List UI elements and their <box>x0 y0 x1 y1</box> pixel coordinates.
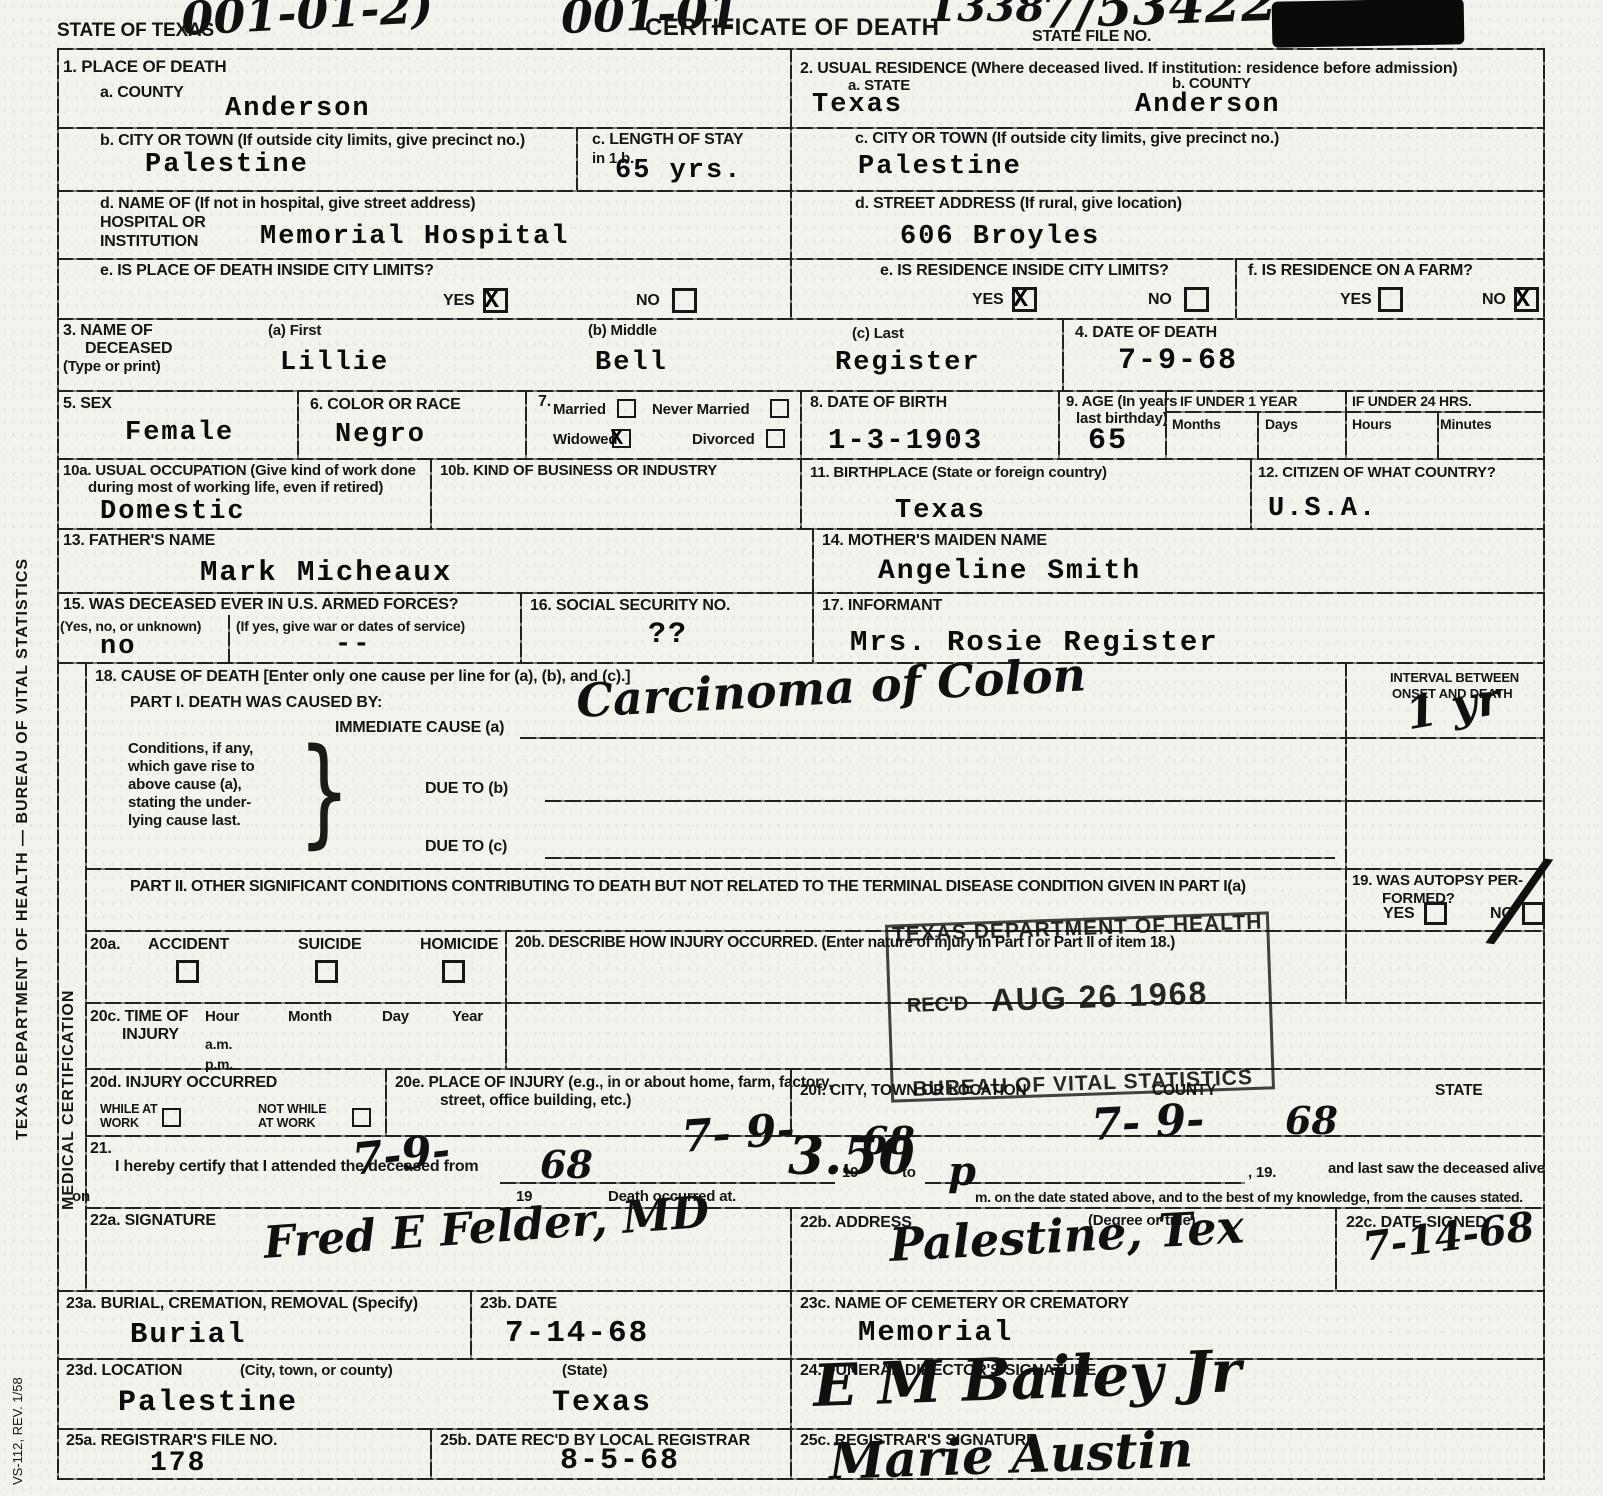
item1-label: 1. PLACE OF DEATH <box>63 57 226 77</box>
item2-street-label: d. STREET ADDRESS (If rural, give locati… <box>855 195 1182 213</box>
item1-hospital-label2: HOSPITAL OR <box>100 214 206 232</box>
grid-line <box>1345 662 1347 1002</box>
grid-line <box>228 615 230 662</box>
item20a-homicide-checkbox <box>442 960 465 983</box>
item1-city-label: b. CITY OR TOWN (If outside city limits,… <box>100 132 525 150</box>
item5-label: 5. SEX <box>63 395 112 413</box>
item2-farm-no-label: NO <box>1482 291 1506 309</box>
item2-state-value: Texas <box>812 90 903 120</box>
item15-value2: -- <box>335 630 371 660</box>
item23d-sub2-label: (State) <box>562 1362 607 1379</box>
grid-line <box>430 1428 432 1478</box>
grid-line <box>85 930 1545 932</box>
item18-part2-label: PART II. OTHER SIGNIFICANT CONDITIONS CO… <box>130 878 1246 896</box>
item3-last-value: Register <box>835 348 981 378</box>
grid-line <box>1335 1207 1337 1290</box>
cause-a-underline <box>520 737 1545 739</box>
item23d-sub1-label: (City, town, or county) <box>240 1362 393 1379</box>
item19-label1: 19. WAS AUTOPSY PER- <box>1352 872 1523 889</box>
cause-b-underline <box>545 800 1545 802</box>
item1-no-checkbox <box>672 288 697 313</box>
stamp-recd-label: REC'D <box>906 993 968 1018</box>
item1-county-value: Anderson <box>225 94 371 124</box>
item9-under1-label: IF UNDER 1 YEAR <box>1180 393 1297 409</box>
item18-cond5: lying cause last. <box>128 812 240 829</box>
grid-line <box>1058 390 1060 458</box>
item21-to-handwriting: 7- 9- <box>1090 1094 1206 1151</box>
item7-label: 7. <box>538 393 551 411</box>
item11-value: Texas <box>895 496 986 526</box>
grid-line <box>57 528 1545 530</box>
grid-line <box>57 127 1545 129</box>
grid-line <box>57 1478 1545 1480</box>
item8-value: 1-3-1903 <box>828 424 983 457</box>
grid-line <box>790 1290 792 1358</box>
grid-line <box>505 930 507 1068</box>
item1-hospital-label3: INSTITUTION <box>100 233 198 251</box>
item1-yes-label: YES <box>443 292 474 310</box>
item18-part1-label: PART I. DEATH WAS CAUSED BY: <box>130 694 382 712</box>
state-of-texas-label: STATE OF TEXAS <box>57 20 214 42</box>
received-stamp: TEXAS DEPARTMENT OF HEALTH REC'D AUG 26 … <box>885 911 1275 1102</box>
grid-line <box>57 318 1545 320</box>
item23d-label: 23d. LOCATION <box>66 1362 182 1380</box>
item18-cause-handwriting: Carcinoma of Colon <box>575 647 1087 728</box>
item20d-notwhile2-label: AT WORK <box>258 1116 315 1130</box>
item22a-label: 22a. SIGNATURE <box>90 1212 216 1230</box>
header-handwritten-code-1: 001-01-2) <box>180 0 434 46</box>
item9-days-label: Days <box>1265 416 1298 432</box>
item14-value: Angeline Smith <box>878 556 1141 587</box>
item23d-state-value: Texas <box>552 1386 652 1420</box>
item10a-value: Domestic <box>100 497 246 527</box>
margin-form-number: VS-112, REV. 1/58 <box>10 1295 25 1485</box>
item23b-value: 7-14-68 <box>505 1316 649 1351</box>
grid-line <box>85 1002 1545 1004</box>
item2-limits-yes-label: YES <box>972 291 1003 309</box>
item1-hospital-label1: d. NAME OF (If not in hospital, give str… <box>100 195 475 213</box>
item20a-label: 20a. <box>90 936 120 954</box>
item8-label: 8. DATE OF BIRTH <box>810 394 947 412</box>
physician-signature: Fred E Felder, MD <box>262 1187 711 1269</box>
item7-divorced-label: Divorced <box>692 431 755 448</box>
item20d-while-checkbox <box>162 1108 181 1127</box>
item1-limits-label: e. IS PLACE OF DEATH INSIDE CITY LIMITS? <box>100 262 434 280</box>
item3-first-value: Lillie <box>280 348 389 378</box>
item25a-value: 178 <box>150 1448 206 1479</box>
grid-line <box>790 1428 792 1478</box>
item18-immediate-label: IMMEDIATE CAUSE (a) <box>335 719 504 737</box>
item5-value: Female <box>125 418 234 448</box>
item11-label: 11. BIRTHPLACE (State or foreign country… <box>810 464 1107 481</box>
grid-line <box>1250 458 1252 528</box>
item6-label: 6. COLOR OR RACE <box>310 396 461 414</box>
grid-line <box>812 528 814 592</box>
item12-label: 12. CITIZEN OF WHAT COUNTRY? <box>1258 464 1496 481</box>
item10b-label: 10b. KIND OF BUSINESS OR INDUSTRY <box>440 462 717 479</box>
item20d-label: 20d. INJURY OCCURRED <box>90 1074 277 1092</box>
grid-line <box>57 1428 1545 1430</box>
item21-yr2-label: , 19. <box>1248 1164 1276 1181</box>
item18-due-b-label: DUE TO (b) <box>425 780 508 798</box>
item7-never-married-label: Never Married <box>652 401 749 418</box>
conditions-brace: } <box>298 722 351 860</box>
item4-value: 7-9-68 <box>1118 344 1238 378</box>
registrar-signature: Marie Austin <box>828 1419 1194 1491</box>
item2-farm-yes-checkbox <box>1378 287 1403 312</box>
grid-line <box>1165 411 1545 413</box>
item21-from-handwriting: 7- 9- <box>680 1104 796 1163</box>
grid-line <box>812 592 814 662</box>
item13-value: Mark Micheaux <box>200 556 452 589</box>
item1-yes-mark: X <box>484 286 499 315</box>
item18-due-c-label: DUE TO (c) <box>425 838 507 856</box>
item2-limits-yes-mark: X <box>1013 285 1028 314</box>
item23c-label: 23c. NAME OF CEMETERY OR CREMATORY <box>800 1295 1129 1313</box>
state-file-no-label: STATE FILE NO. <box>1032 28 1151 46</box>
grid-line <box>470 1290 472 1358</box>
grid-line <box>57 258 1545 260</box>
item1-county-label: a. COUNTY <box>100 84 184 102</box>
item21-time-handwriting: 3.50 <box>788 1126 915 1187</box>
item20d-notwhile-checkbox <box>352 1108 371 1127</box>
item2-street-value: 606 Broyles <box>900 222 1100 252</box>
item21-pm-handwriting: p <box>948 1148 976 1195</box>
item23a-value: Burial <box>130 1318 246 1351</box>
item23c-value: Memorial <box>858 1316 1013 1349</box>
item7-widowed-mark: X <box>610 426 623 451</box>
item13-label: 13. FATHER'S NAME <box>63 532 215 550</box>
item2-city-value: Palestine <box>858 152 1022 182</box>
item17-label: 17. INFORMANT <box>822 597 942 615</box>
redaction-box <box>1272 0 1465 48</box>
certificate-title: CERTIFICATE OF DEATH <box>645 14 939 42</box>
item9-label1: 9. AGE (In years <box>1066 393 1177 410</box>
item9-hours-label: Hours <box>1352 416 1391 432</box>
item15-value: no <box>100 632 136 662</box>
item18-label: 18. CAUSE OF DEATH [Enter only one cause… <box>95 668 630 686</box>
grid-line <box>57 1358 1545 1360</box>
item20f-state-label: STATE <box>1435 1082 1483 1100</box>
item20c-month-label: Month <box>288 1008 332 1025</box>
item21-alive-text: and last saw the deceased alive <box>1328 1160 1545 1177</box>
item3-first-label: (a) First <box>268 322 321 339</box>
item3-middle-label: (b) Middle <box>588 322 657 339</box>
item2-farm-yes-label: YES <box>1340 291 1371 309</box>
item23a-label: 23a. BURIAL, CREMATION, REMOVAL (Specify… <box>66 1295 418 1313</box>
item1-stay-value: 65 yrs. <box>615 156 742 186</box>
grid-line <box>85 868 1545 870</box>
item21-yr2-handwriting: 68 <box>1285 1098 1338 1143</box>
item20e-label1: 20e. PLACE OF INJURY (e.g., in or about … <box>395 1074 832 1092</box>
margin-department-label: TEXAS DEPARTMENT OF HEALTH — BUREAU OF V… <box>14 250 32 1140</box>
grid-line <box>1235 258 1237 318</box>
item14-label: 14. MOTHER'S MAIDEN NAME <box>822 532 1047 550</box>
grid-line <box>57 592 1545 594</box>
grid-line <box>1345 390 1347 458</box>
item18-cond1: Conditions, if any, <box>128 740 253 757</box>
stamp-line1: TEXAS DEPARTMENT OF HEALTH <box>888 910 1267 947</box>
item20a-suicide-checkbox <box>315 960 338 983</box>
item4-label: 4. DATE OF DEATH <box>1075 324 1217 342</box>
cause-c-underline <box>545 857 1335 859</box>
grid-line <box>1062 318 1064 390</box>
item20c-am-label: a.m. <box>205 1036 232 1052</box>
item3-middle-value: Bell <box>595 348 668 378</box>
grid-line <box>85 1207 1545 1209</box>
item21-tail-text: m. on the date stated above, and to the … <box>975 1189 1523 1205</box>
item20c-label1: 20c. TIME OF <box>90 1008 188 1026</box>
item20a-accident-label: ACCIDENT <box>148 936 229 954</box>
item20c-pm-label: p.m. <box>205 1056 233 1072</box>
item20c-year-label: Year <box>452 1008 483 1025</box>
item20a-suicide-label: SUICIDE <box>298 936 362 954</box>
item7-never-married-checkbox <box>770 399 789 418</box>
stamp-date: AUG 26 1968 <box>990 975 1209 1020</box>
item16-value: ?? <box>648 618 688 652</box>
item1-no-label: NO <box>636 292 660 310</box>
item2-city-label: c. CITY OR TOWN (If outside city limits,… <box>855 130 1279 148</box>
grid-line <box>520 592 522 662</box>
item16-label: 16. SOCIAL SECURITY NO. <box>530 597 730 615</box>
grid-line <box>385 1068 387 1135</box>
grid-line <box>790 48 792 318</box>
item2-farm-no-mark: X <box>1515 285 1530 314</box>
item1-hospital-value: Memorial Hospital <box>260 222 569 252</box>
item9-under24-label: IF UNDER 24 HRS. <box>1352 393 1472 409</box>
item20d-while2-label: WORK <box>100 1116 139 1130</box>
item9-months-label: Months <box>1172 416 1221 432</box>
item3-last-label: (c) Last <box>852 325 904 342</box>
item3-label1: 3. NAME OF <box>63 322 153 340</box>
item2-label: 2. USUAL RESIDENCE (Where deceased lived… <box>800 60 1458 78</box>
item2-limits-no-checkbox <box>1184 287 1209 312</box>
grid-line <box>430 458 432 528</box>
item19-no-mark: / <box>1492 832 1547 966</box>
margin-medical-certification-label: MEDICAL CERTIFICATION <box>60 880 78 1210</box>
item21-yr3-handwriting: 68 <box>540 1142 593 1187</box>
item21-on-handwriting: 7-9- <box>350 1125 453 1186</box>
item20d-while1-label: WHILE AT <box>100 1102 157 1116</box>
state-file-handwritten-1: 1338 <box>928 0 1045 31</box>
item7-divorced-checkbox <box>766 429 785 448</box>
item20c-label2: INJURY <box>122 1026 179 1044</box>
funeral-director-signature: E M Bailey Jr <box>812 1337 1242 1420</box>
item2-farm-label: f. IS RESIDENCE ON A FARM? <box>1248 262 1473 280</box>
item20e-label2: street, office building, etc.) <box>440 1092 631 1110</box>
grid-line <box>57 1290 1545 1292</box>
item18-cond3: above cause (a), <box>128 776 242 793</box>
grid-line <box>790 1358 792 1428</box>
grid-line <box>57 190 1545 192</box>
grid-line <box>57 48 59 1480</box>
grid-line <box>800 390 802 458</box>
grid-line <box>800 458 802 528</box>
grid-line <box>525 390 527 458</box>
grid-line <box>576 127 578 190</box>
grid-line <box>1257 411 1259 458</box>
item20d-notwhile1-label: NOT WHILE <box>258 1102 326 1116</box>
item23d-city-value: Palestine <box>118 1386 298 1420</box>
item7-married-label: Married <box>553 401 606 418</box>
item20c-day-label: Day <box>382 1008 409 1025</box>
grid-line <box>1437 411 1439 458</box>
item10a-label1: 10a. USUAL OCCUPATION (Give kind of work… <box>63 462 416 479</box>
item1-city-value: Palestine <box>145 150 309 180</box>
grid-line <box>790 1207 792 1290</box>
item23b-label: 23b. DATE <box>480 1295 557 1313</box>
death-certificate-scan: 001-01-2) 001-01 STATE OF TEXAS CERTIFIC… <box>0 0 1603 1496</box>
item6-value: Negro <box>335 420 426 450</box>
grid-line <box>57 48 1545 50</box>
item20c-hour-label: Hour <box>205 1008 239 1025</box>
item21-on-label: on <box>72 1188 90 1205</box>
item20a-homicide-label: HOMICIDE <box>420 936 498 954</box>
item22b-address-handwriting: Palestine, Tex <box>888 1199 1245 1272</box>
item19-yes-checkbox <box>1424 902 1447 925</box>
item12-value: U.S.A. <box>1268 494 1377 524</box>
item19-yes-label: YES <box>1383 905 1414 923</box>
item21-label: 21. <box>90 1140 112 1158</box>
item1-stay-label: c. LENGTH OF STAY <box>592 131 743 149</box>
item18-cond4: stating the under- <box>128 794 251 811</box>
item18-cond2: which gave rise to <box>128 758 254 775</box>
item3-label3: (Type or print) <box>63 358 161 375</box>
grid-line <box>85 1068 1545 1070</box>
item2-limits-label: e. IS RESIDENCE INSIDE CITY LIMITS? <box>880 262 1169 280</box>
item7-widowed-label: Widowed <box>553 431 617 448</box>
item9-value: 65 <box>1088 424 1128 458</box>
item15-label: 15. WAS DECEASED EVER IN U.S. ARMED FORC… <box>63 596 458 614</box>
item2-limits-no-label: NO <box>1148 291 1172 309</box>
item2-county-value: Anderson <box>1135 90 1281 120</box>
item25b-value: 8-5-68 <box>560 1444 680 1478</box>
item9-minutes-label: Minutes <box>1440 416 1492 432</box>
grid-line <box>297 390 299 458</box>
item7-married-checkbox <box>617 399 636 418</box>
grid-line <box>1543 48 1545 1480</box>
item20a-accident-checkbox <box>176 960 199 983</box>
item10a-label2: during most of working life, even if ret… <box>88 479 383 496</box>
item3-label2: DECEASED <box>85 340 172 358</box>
